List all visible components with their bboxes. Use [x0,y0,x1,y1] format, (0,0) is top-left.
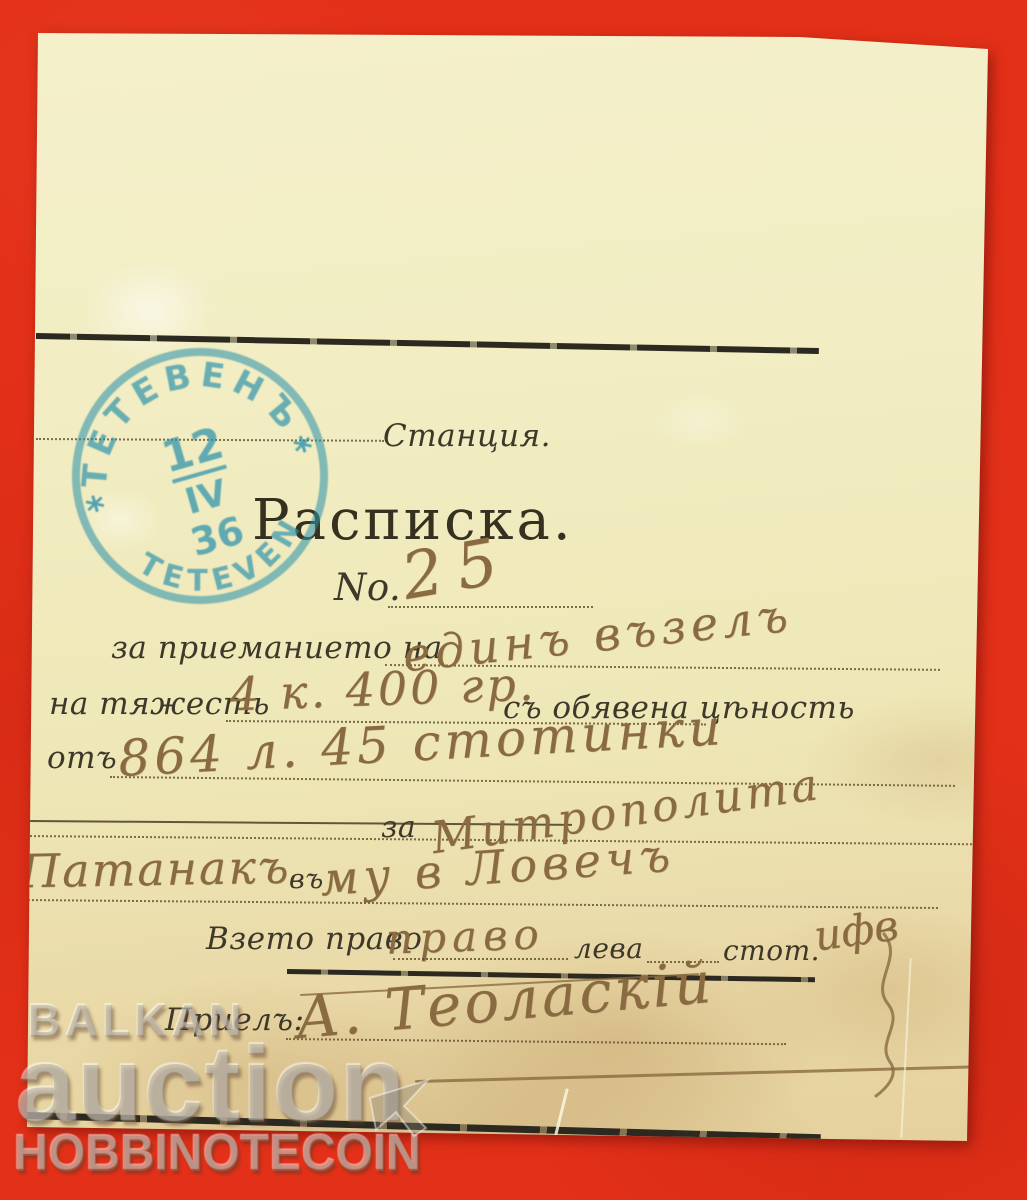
for-label: за [381,810,416,845]
watermark-cursor-arrow-icon [368,1076,440,1138]
of-label: отъ [47,740,117,776]
addressee-value1-handwritten: Патанакъ [20,840,291,899]
fee-hand1-handwritten: право [385,909,545,964]
receipt-for-label: за приеманието на [111,630,443,666]
in-label: въ [289,864,324,895]
dotted-line-number [388,606,593,608]
postmark-stamp: ТЕТЕВЕНЪ TETEVEN * * 12 IV 36 [34,310,365,641]
dotted-line-6a [393,958,568,960]
dotted-line-5 [23,899,938,909]
auction-lot-photo: Станция. Расписка. No. 25 за приеманието… [0,0,1027,1200]
stot-label: стот. [723,934,820,967]
station-label: Станция. [383,418,551,454]
watermark-hobbinotecoin: HOBBINOTECOIN [14,1124,421,1183]
